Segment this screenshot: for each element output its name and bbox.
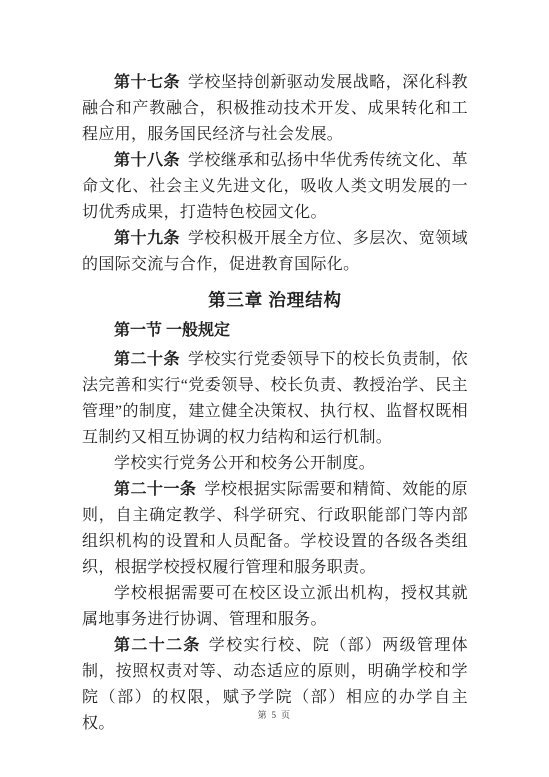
document-page: 第十七条学校坚持创新驱动发展战略，深化科教融合和产教融合，积极推动技术开发、成果…: [0, 0, 549, 777]
article-paragraph-21: 第二十一条学校根据实际需要和精简、效能的原则，自主确定教学、科学研究、行政职能部…: [82, 477, 468, 581]
plain-paragraph: 学校实行党务公开和校务公开制度。: [82, 451, 468, 477]
article-label: 第二十条: [114, 351, 180, 368]
page-footer: 第 5 页: [0, 708, 549, 721]
article-label: 第十七条: [114, 74, 180, 91]
paragraph-text: 学校根据需要可在校区设立派出机构，授权其就属地事务进行协调、管理和服务。: [82, 585, 468, 628]
article-label: 第二十一条: [114, 481, 196, 498]
paragraph-text: 学校实行党务公开和校务公开制度。: [114, 455, 375, 472]
article-paragraph-19: 第十九条学校积极开展全方位、多层次、宽领域的国际交流与合作，促进教育国际化。: [82, 226, 468, 278]
document-body: 第十七条学校坚持创新驱动发展战略，深化科教融合和产教融合，积极推动技术开发、成果…: [82, 70, 468, 737]
article-paragraph-22: 第二十二条学校实行校、院（部）两级管理体制，按照权责对等、动态适应的原则，明确学…: [82, 633, 468, 737]
article-label: 第十八条: [114, 152, 180, 169]
article-paragraph-20: 第二十条学校实行党委领导下的校长负责制，依法完善和实行“党委领导、校长负责、教授…: [82, 347, 468, 451]
section-heading: 第一节 一般规定: [82, 318, 468, 344]
article-label: 第二十二条: [114, 637, 201, 654]
chapter-heading: 第三章 治理结构: [82, 287, 468, 313]
article-paragraph-18: 第十八条学校继承和弘扬中华优秀传统文化、革命文化、社会主义先进文化，吸收人类文明…: [82, 148, 468, 226]
page-number-label: 第 5 页: [258, 710, 292, 720]
article-paragraph-17: 第十七条学校坚持创新驱动发展战略，深化科教融合和产教融合，积极推动技术开发、成果…: [82, 70, 468, 148]
plain-paragraph: 学校根据需要可在校区设立派出机构，授权其就属地事务进行协调、管理和服务。: [82, 581, 468, 633]
article-label: 第十九条: [114, 230, 180, 247]
